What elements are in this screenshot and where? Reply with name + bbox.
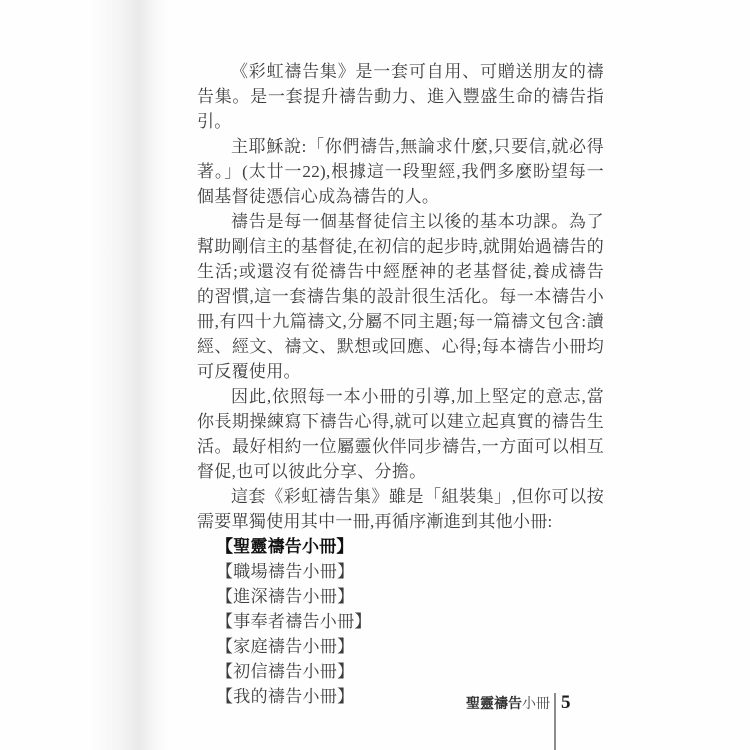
paragraph-jesus-quote: 主耶穌說:「你們禱告,無論求什麼,只要信,就必得著。」(太廿一22),根據這一段…	[197, 134, 604, 209]
footer-vertical-rule	[554, 693, 556, 750]
footer-title-bold: 聖靈禱告	[466, 695, 522, 711]
footer-title-regular: 小冊	[522, 697, 550, 712]
booklet-item-new-believer: 【初信禱告小冊】	[216, 659, 604, 684]
footer-running-title: 聖靈禱告小冊	[462, 694, 550, 714]
page-body: 《彩虹禱告集》是一套可自用、可贈送朋友的禱告集。是一套提升禱告動力、進入豐盛生命…	[197, 59, 604, 709]
booklet-item-advanced: 【進深禱告小冊】	[216, 584, 604, 609]
paragraph-intro: 《彩虹禱告集》是一套可自用、可贈送朋友的禱告集。是一套提升禱告動力、進入豐盛生命…	[197, 59, 604, 134]
booklet-item-workplace: 【職場禱告小冊】	[216, 559, 604, 584]
booklet-item-servant: 【事奉者禱告小冊】	[216, 609, 604, 634]
booklet-item-holy-spirit: 【聖靈禱告小冊】	[216, 534, 604, 559]
page-number: 5	[561, 690, 571, 715]
paragraph-series-note: 這套《彩虹禱告集》雖是「組裝集」,但你可以按需要單獨使用其中一冊,再循序漸進到其…	[197, 484, 604, 534]
paragraph-basic-lesson: 禱告是每一個基督徒信主以後的基本功課。為了幫助剛信主的基督徒,在初信的起步時,就…	[197, 209, 604, 384]
booklet-list: 【聖靈禱告小冊】 【職場禱告小冊】 【進深禱告小冊】 【事奉者禱告小冊】 【家庭…	[197, 534, 604, 709]
page-gutter-shadow	[90, 0, 170, 750]
paragraph-practice: 因此,依照每一本小冊的引導,加上堅定的意志,當你長期操練寫下禱告心得,就可以建立…	[197, 384, 604, 484]
scanned-book-page: { "doc": { "paragraphs": [ "《彩虹禱告集》是一套可自…	[0, 0, 750, 750]
booklet-item-family: 【家庭禱告小冊】	[216, 634, 604, 659]
